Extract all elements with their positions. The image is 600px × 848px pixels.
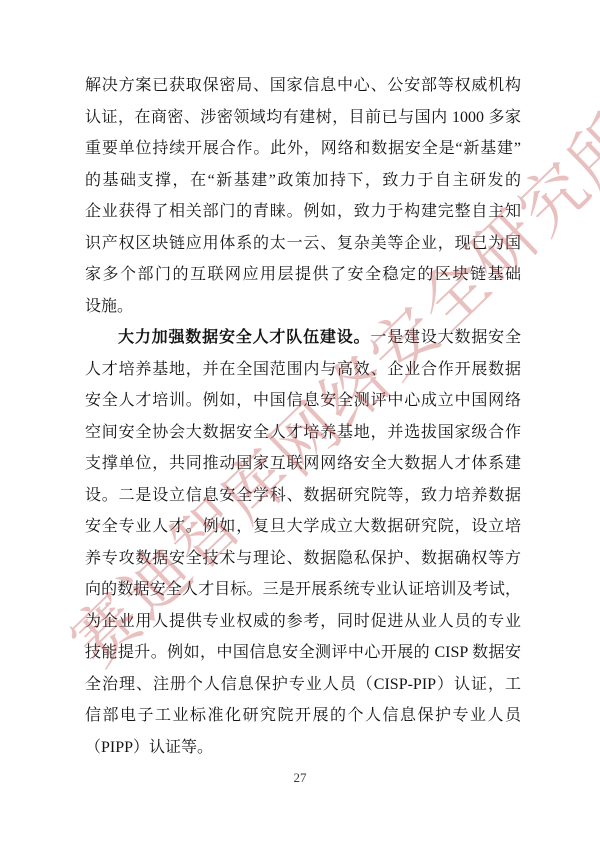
page-number: 27 [0, 770, 600, 786]
text-line: （PIPP）认证等。 [85, 732, 521, 764]
text-segment: 一是建设大数据安全 [370, 329, 521, 346]
text-block: 解决方案已获取保密局、国家信息中心、公安部等权威机构认证，在商密、涉密领域均有建… [85, 70, 521, 763]
text-segment: 认证，在商密、涉密领域均有建树，目前已与国内 1000 多家 [85, 109, 521, 126]
paragraph: 大力加强数据安全人才队伍建设。一是建设大数据安全人才培养基地，并在全国范围内与高… [85, 322, 521, 763]
text-line: 安全人才培训。例如，中国信息安全测评中心成立中国网络 [85, 385, 521, 417]
text-line: 空间安全协会大数据安全人才培养基地，并选拔国家级合作 [85, 417, 521, 449]
text-line: 信部电子工业标准化研究院开展的个人信息保护专业人员 [85, 700, 521, 732]
text-segment: 重要单位持续开展合作。此外，网络和数据安全是“新基建” [85, 140, 521, 157]
text-line: 识产权区块链应用体系的太一云、复杂美等企业，现已为国 [85, 228, 521, 260]
text-line: 技能提升。例如，中国信息安全测评中心开展的 CISP 数据安 [85, 637, 521, 669]
text-line: 支撑单位，共同推动国家互联网网络安全大数据人才体系建 [85, 448, 521, 480]
text-segment: 支撑单位，共同推动国家互联网网络安全大数据人才体系建 [85, 455, 521, 472]
text-segment: 养专攻数据安全技术与理论、数据隐私保护、数据确权等方 [85, 550, 521, 567]
text-segment: 人才培养基地，并在全国范围内与高效、企业合作开展数据 [85, 361, 521, 378]
text-line: 家多个部门的互联网应用层提供了安全稳定的区块链基础 [85, 259, 521, 291]
text-line: 的基础支撑，在“新基建”政策加持下，致力于自主研发的 [85, 165, 521, 197]
document-page: 解决方案已获取保密局、国家信息中心、公安部等权威机构认证，在商密、涉密领域均有建… [0, 0, 600, 848]
text-segment: 识产权区块链应用体系的太一云、复杂美等企业，现已为国 [85, 235, 521, 252]
text-line: 向的数据安全人才目标。三是开展系统专业认证培训及考试， [85, 574, 521, 606]
text-segment: 全治理、注册个人信息保护专业人员（CISP-PIP）认证，工 [85, 676, 521, 693]
text-line: 认证，在商密、涉密领域均有建树，目前已与国内 1000 多家 [85, 102, 521, 134]
text-line: 大力加强数据安全人才队伍建设。一是建设大数据安全 [85, 322, 521, 354]
text-segment: 信部电子工业标准化研究院开展的个人信息保护专业人员 [85, 707, 521, 724]
text-line: 为企业用人提供专业权威的参考，同时促进从业人员的专业 [85, 606, 521, 638]
text-segment: 企业获得了相关部门的青睐。例如，致力于构建完整自主知 [85, 203, 521, 220]
text-segment: （PIPP）认证等。 [85, 739, 213, 756]
text-segment: 安全人才培训。例如，中国信息安全测评中心成立中国网络 [85, 392, 521, 409]
text-line: 重要单位持续开展合作。此外，网络和数据安全是“新基建” [85, 133, 521, 165]
text-line: 解决方案已获取保密局、国家信息中心、公安部等权威机构 [85, 70, 521, 102]
text-line: 企业获得了相关部门的青睐。例如，致力于构建完整自主知 [85, 196, 521, 228]
text-segment: 设施。 [85, 298, 133, 315]
text-line: 人才培养基地，并在全国范围内与高效、企业合作开展数据 [85, 354, 521, 386]
text-segment: 为企业用人提供专业权威的参考，同时促进从业人员的专业 [85, 613, 521, 630]
text-segment: 技能提升。例如，中国信息安全测评中心开展的 CISP 数据安 [85, 644, 521, 661]
bold-text-segment: 大力加强数据安全人才队伍建设。 [118, 329, 370, 346]
text-segment: 向的数据安全人才目标。三是开展系统专业认证培训及考试， [85, 581, 521, 598]
text-segment: 家多个部门的互联网应用层提供了安全稳定的区块链基础 [85, 266, 521, 283]
text-segment: 空间安全协会大数据安全人才培养基地，并选拔国家级合作 [85, 424, 521, 441]
paragraph: 解决方案已获取保密局、国家信息中心、公安部等权威机构认证，在商密、涉密领域均有建… [85, 70, 521, 322]
text-line: 安全专业人才。例如，复旦大学成立大数据研究院，设立培 [85, 511, 521, 543]
text-line: 养专攻数据安全技术与理论、数据隐私保护、数据确权等方 [85, 543, 521, 575]
text-line: 设施。 [85, 291, 521, 323]
text-line: 全治理、注册个人信息保护专业人员（CISP-PIP）认证，工 [85, 669, 521, 701]
text-segment: 安全专业人才。例如，复旦大学成立大数据研究院，设立培 [85, 518, 521, 535]
text-segment: 解决方案已获取保密局、国家信息中心、公安部等权威机构 [85, 77, 521, 94]
text-segment: 的基础支撑，在“新基建”政策加持下，致力于自主研发的 [85, 172, 521, 189]
text-segment: 设。二是设立信息安全学科、数据研究院等，致力培养数据 [85, 487, 521, 504]
text-line: 设。二是设立信息安全学科、数据研究院等，致力培养数据 [85, 480, 521, 512]
